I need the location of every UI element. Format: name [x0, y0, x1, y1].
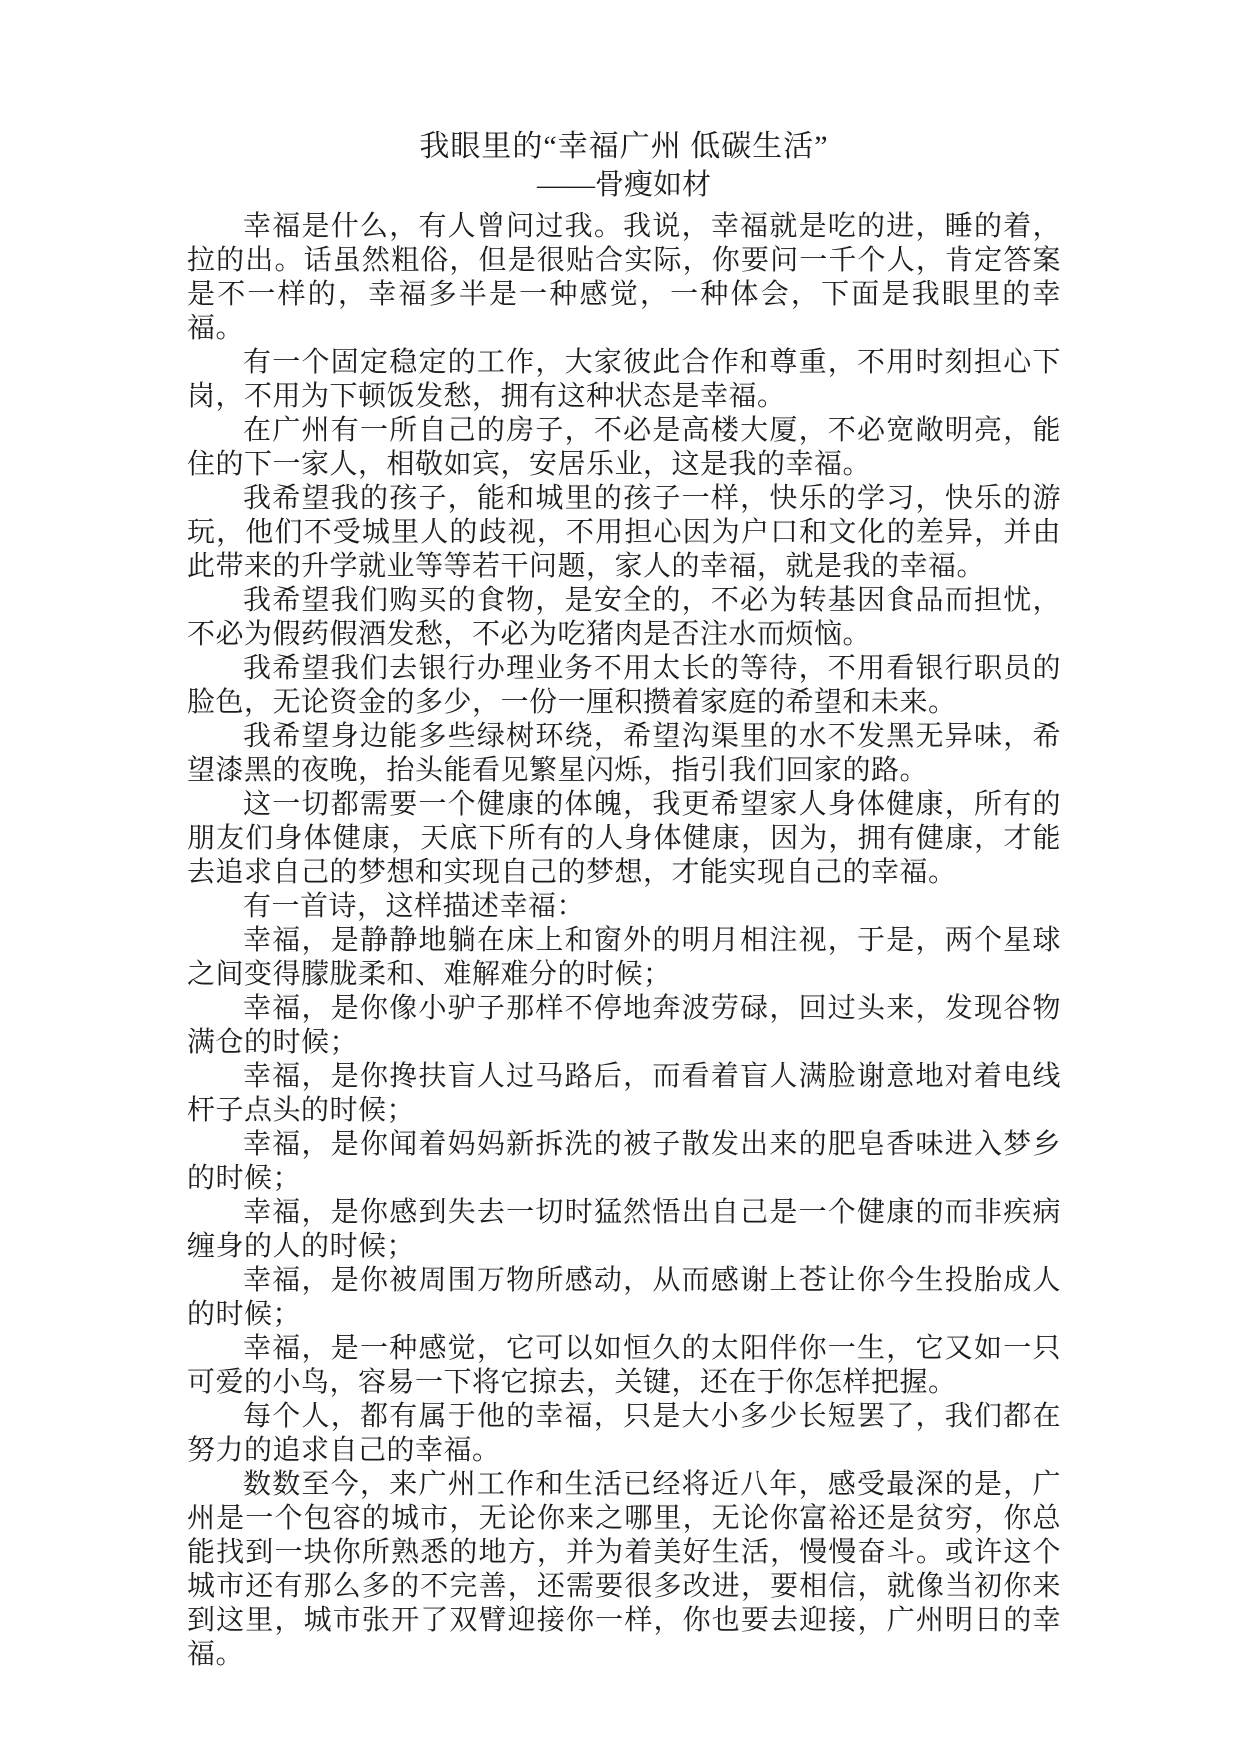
paragraph: 我希望身边能多些绿树环绕，希望沟渠里的水不发黑无异味，希望漆黑的夜晚，抬头能看见… [187, 720, 1061, 788]
paragraph: 数数至今，来广州工作和生活已经将近八年，感受最深的是，广州是一个包容的城市，无论… [187, 1468, 1061, 1672]
paragraph: 幸福，是静静地躺在床上和窗外的明月相注视，于是，两个星球之间变得朦胧柔和、难解难… [187, 924, 1061, 992]
paragraph: 每个人，都有属于他的幸福，只是大小多少长短罢了，我们都在努力的追求自己的幸福。 [187, 1400, 1061, 1468]
paragraph: 在广州有一所自己的房子，不必是高楼大厦，不必宽敞明亮，能住的下一家人，相敬如宾，… [187, 414, 1061, 482]
paragraph: 有一首诗，这样描述幸福： [187, 890, 1061, 924]
document-page: 我眼里的“幸福广州 低碳生活” ——骨瘦如材 幸福是什么，有人曾问过我。我说，幸… [0, 0, 1241, 1754]
doc-title: 我眼里的“幸福广州 低碳生活” [187, 128, 1061, 166]
doc-byline: ——骨瘦如材 [187, 166, 1061, 204]
paragraph: 幸福，是你被周围万物所感动，从而感谢上苍让你今生投胎成人的时候； [187, 1264, 1061, 1332]
paragraph: 这一切都需要一个健康的体魄，我更希望家人身体健康，所有的朋友们身体健康，天底下所… [187, 788, 1061, 890]
paragraph: 我希望我们去银行办理业务不用太长的等待，不用看银行职员的脸色，无论资金的多少，一… [187, 652, 1061, 720]
paragraph: 幸福，是一种感觉，它可以如恒久的太阳伴你一生，它又如一只可爱的小鸟，容易一下将它… [187, 1332, 1061, 1400]
paragraph: 我希望我的孩子，能和城里的孩子一样，快乐的学习，快乐的游玩，他们不受城里人的歧视… [187, 482, 1061, 584]
paragraph: 幸福，是你感到失去一切时猛然悟出自己是一个健康的而非疾病缠身的人的时候； [187, 1196, 1061, 1264]
paragraph: 幸福，是你闻着妈妈新拆洗的被子散发出来的肥皂香味进入梦乡的时候； [187, 1128, 1061, 1196]
paragraph: 幸福，是你像小驴子那样不停地奔波劳碌，回过头来，发现谷物满仓的时候； [187, 992, 1061, 1060]
paragraph: 幸福是什么，有人曾问过我。我说，幸福就是吃的进，睡的着，拉的出。话虽然粗俗，但是… [187, 210, 1061, 346]
doc-body: 幸福是什么，有人曾问过我。我说，幸福就是吃的进，睡的着，拉的出。话虽然粗俗，但是… [187, 210, 1061, 1672]
paragraph: 有一个固定稳定的工作，大家彼此合作和尊重，不用时刻担心下岗，不用为下顿饭发愁，拥… [187, 346, 1061, 414]
paragraph: 幸福，是你搀扶盲人过马路后，而看着盲人满脸谢意地对着电线杆子点头的时候； [187, 1060, 1061, 1128]
paragraph: 我希望我们购买的食物，是安全的，不必为转基因食品而担忧，不必为假药假酒发愁，不必… [187, 584, 1061, 652]
